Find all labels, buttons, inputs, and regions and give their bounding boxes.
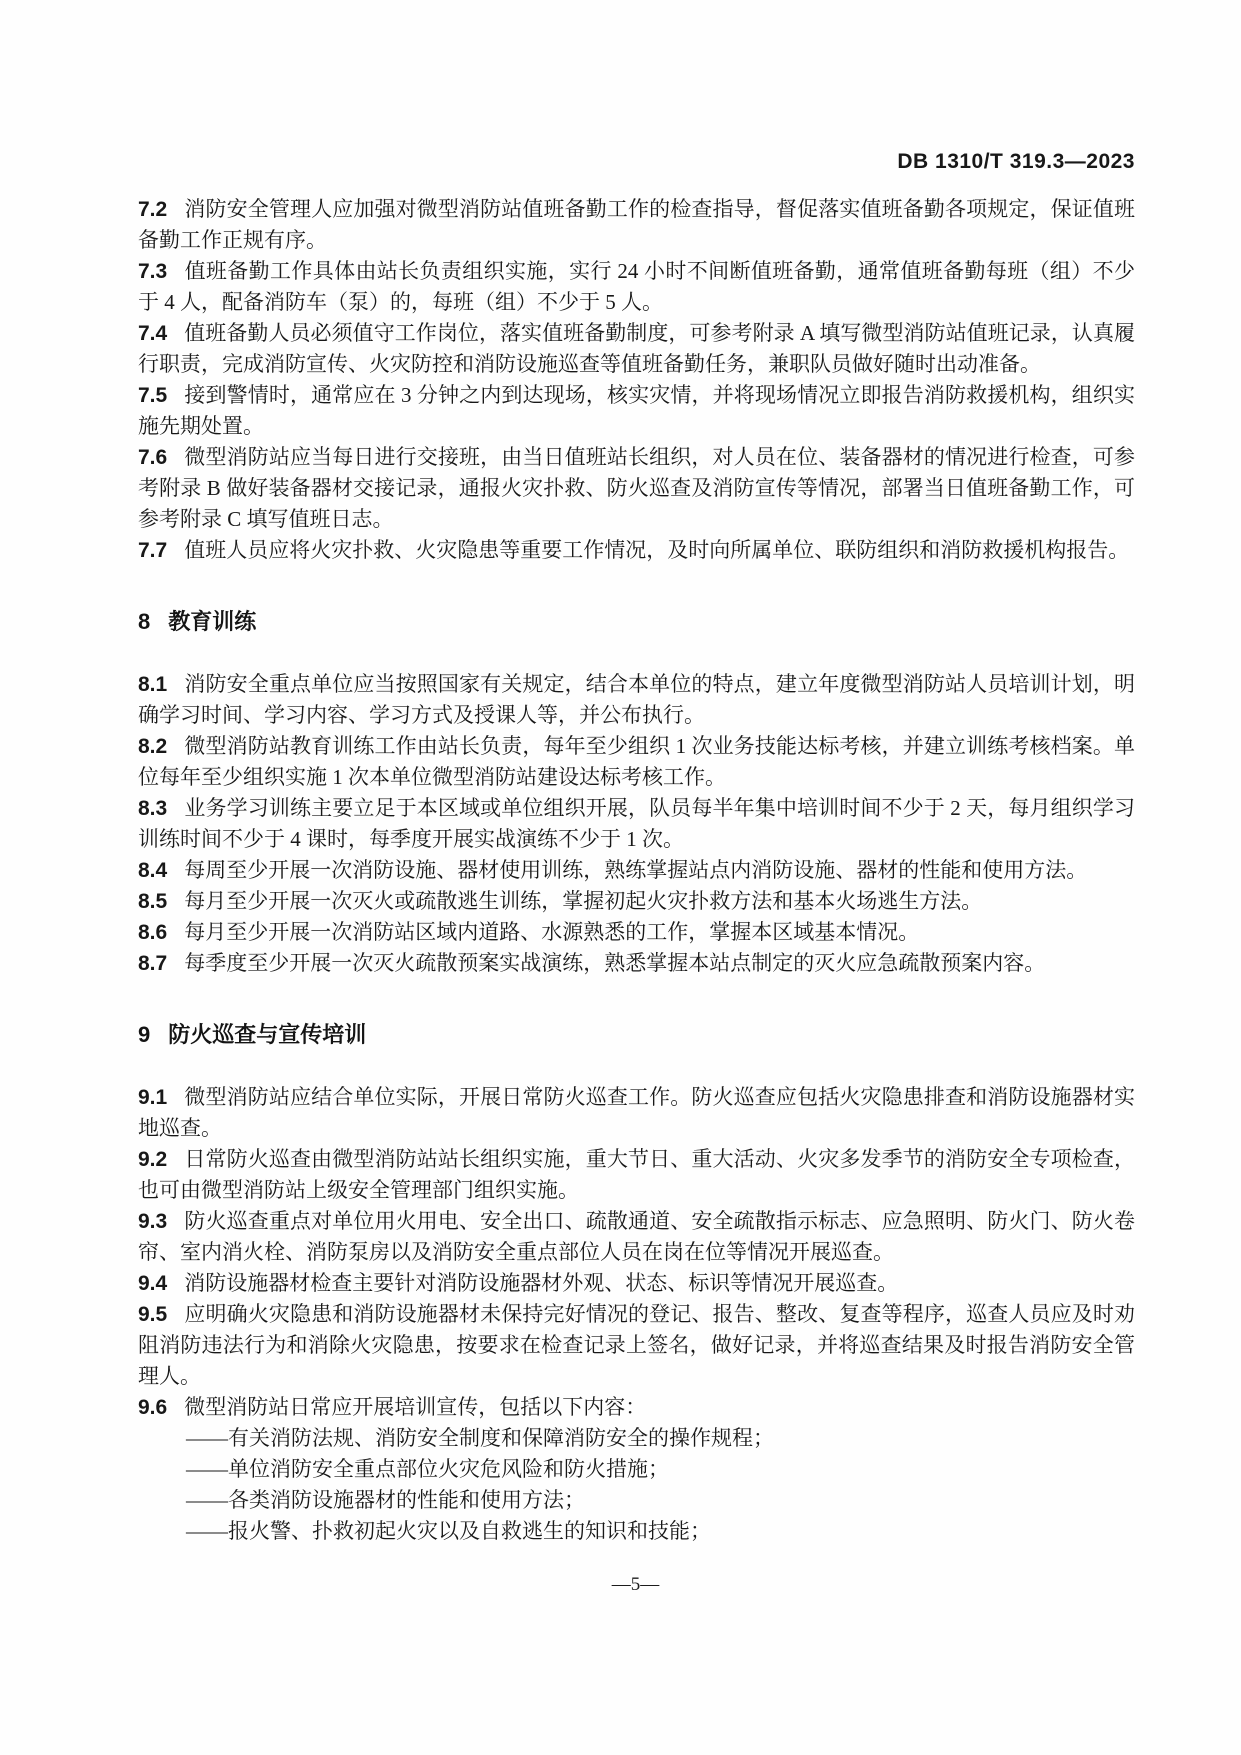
clause-number: 8.2 xyxy=(138,735,184,758)
document-page: DB 1310/T 319.3—2023 7.2消防安全管理人应加强对微型消防站… xyxy=(0,0,1241,1755)
clause-text: 消防设施器材检查主要针对消防设施器材外观、状态、标识等情况开展巡查。 xyxy=(184,1271,898,1295)
section-number: 8 xyxy=(138,609,168,634)
clause-7-2: 7.2消防安全管理人应加强对微型消防站值班备勤工作的检查指导，督促落实值班备勤各… xyxy=(138,194,1135,256)
clause-number: 9.2 xyxy=(138,1148,184,1171)
page-number: —5— xyxy=(15,1574,1241,1596)
list-item-equipment-usage: ——各类消防设施器材的性能和使用方法； xyxy=(138,1485,1135,1516)
clause-number: 7.5 xyxy=(138,384,184,407)
list-item-alarm-escape: ——报火警、扑救初起火灾以及自救逃生的知识和技能； xyxy=(138,1516,1135,1547)
clause-7-7: 7.7值班人员应将火灾扑救、火灾隐患等重要工作情况，及时向所属单位、联防组织和消… xyxy=(138,535,1135,566)
clause-number: 8.5 xyxy=(138,890,184,913)
clause-number: 8.6 xyxy=(138,921,184,944)
clause-number: 7.3 xyxy=(138,260,184,283)
section-heading-8: 8教育训练 xyxy=(138,606,1135,637)
clause-number: 8.7 xyxy=(138,952,184,975)
standard-code-header: DB 1310/T 319.3—2023 xyxy=(138,150,1135,174)
clause-9-3: 9.3防火巡查重点对单位用火用电、安全出口、疏散通道、安全疏散指示标志、应急照明… xyxy=(138,1206,1135,1268)
clause-number: 9.4 xyxy=(138,1272,184,1295)
clause-number: 9.5 xyxy=(138,1303,184,1326)
section-title: 防火巡查与宣传培训 xyxy=(168,1022,366,1047)
clause-text: 微型消防站教育训练工作由站长负责，每年至少组织 1 次业务技能达标考核，并建立训… xyxy=(138,734,1135,789)
section-heading-9: 9防火巡查与宣传培训 xyxy=(138,1019,1135,1050)
clause-7-4: 7.4值班备勤人员必须值守工作岗位，落实值班备勤制度，可参考附录 A 填写微型消… xyxy=(138,318,1135,380)
clause-text: 日常防火巡查由微型消防站站长组织实施，重大节日、重大活动、火灾多发季节的消防安全… xyxy=(138,1147,1135,1202)
clause-7-5: 7.5接到警情时，通常应在 3 分钟之内到达现场，核实灾情，并将现场情况立即报告… xyxy=(138,380,1135,442)
clause-number: 7.4 xyxy=(138,322,184,345)
clause-text: 值班备勤工作具体由站长负责组织实施，实行 24 小时不间断值班备勤，通常值班备勤… xyxy=(138,259,1135,314)
clause-7-3: 7.3值班备勤工作具体由站长负责组织实施，实行 24 小时不间断值班备勤，通常值… xyxy=(138,256,1135,318)
section-title: 教育训练 xyxy=(168,609,256,634)
clause-text: 微型消防站应当每日进行交接班，由当日值班站长组织，对人员在位、装备器材的情况进行… xyxy=(138,445,1135,531)
clause-8-6: 8.6每月至少开展一次消防站区域内道路、水源熟悉的工作，掌握本区域基本情况。 xyxy=(138,917,1135,948)
clause-text: 每季度至少开展一次灭火疏散预案实战演练，熟悉掌握本站点制定的灭火应急疏散预案内容… xyxy=(184,951,1045,975)
clause-text: 值班人员应将火灾扑救、火灾隐患等重要工作情况，及时向所属单位、联防组织和消防救援… xyxy=(184,538,1129,562)
clause-text: 消防安全管理人应加强对微型消防站值班备勤工作的检查指导，督促落实值班备勤各项规定… xyxy=(138,197,1135,252)
clause-7-6: 7.6微型消防站应当每日进行交接班，由当日值班站长组织，对人员在位、装备器材的情… xyxy=(138,442,1135,535)
clause-8-2: 8.2微型消防站教育训练工作由站长负责，每年至少组织 1 次业务技能达标考核，并… xyxy=(138,731,1135,793)
clause-8-5: 8.5每月至少开展一次灭火或疏散逃生训练，掌握初起火灾扑救方法和基本火场逃生方法… xyxy=(138,886,1135,917)
clause-number: 9.1 xyxy=(138,1086,184,1109)
clause-text: 每月至少开展一次灭火或疏散逃生训练，掌握初起火灾扑救方法和基本火场逃生方法。 xyxy=(184,889,982,913)
clause-9-1: 9.1微型消防站应结合单位实际，开展日常防火巡查工作。防火巡查应包括火灾隐患排查… xyxy=(138,1082,1135,1144)
clause-8-3: 8.3业务学习训练主要立足于本区域或单位组织开展，队员每半年集中培训时间不少于 … xyxy=(138,793,1135,855)
clause-text: 接到警情时，通常应在 3 分钟之内到达现场，核实灾情，并将现场情况立即报告消防救… xyxy=(138,383,1135,438)
list-item-key-areas: ——单位消防安全重点部位火灾危风险和防火措施； xyxy=(138,1454,1135,1485)
clause-8-1: 8.1消防安全重点单位应当按照国家有关规定，结合本单位的特点，建立年度微型消防站… xyxy=(138,669,1135,731)
section-number: 9 xyxy=(138,1022,168,1047)
clause-9-4: 9.4消防设施器材检查主要针对消防设施器材外观、状态、标识等情况开展巡查。 xyxy=(138,1268,1135,1299)
clause-text: 微型消防站日常应开展培训宣传，包括以下内容： xyxy=(184,1395,646,1419)
list-item-regulations: ——有关消防法规、消防安全制度和保障消防安全的操作规程； xyxy=(138,1423,1135,1454)
clause-9-5: 9.5应明确火灾隐患和消防设施器材未保持完好情况的登记、报告、整改、复查等程序，… xyxy=(138,1299,1135,1392)
clause-9-2: 9.2日常防火巡查由微型消防站站长组织实施，重大节日、重大活动、火灾多发季节的消… xyxy=(138,1144,1135,1206)
clause-text: 业务学习训练主要立足于本区域或单位组织开展，队员每半年集中培训时间不少于 2 天… xyxy=(138,796,1135,851)
clause-text: 每周至少开展一次消防设施、器材使用训练，熟练掌握站点内消防设施、器材的性能和使用… xyxy=(184,858,1087,882)
clause-number: 8.1 xyxy=(138,673,184,696)
clause-text: 应明确火灾隐患和消防设施器材未保持完好情况的登记、报告、整改、复查等程序，巡查人… xyxy=(138,1302,1135,1388)
clause-text: 每月至少开展一次消防站区域内道路、水源熟悉的工作，掌握本区域基本情况。 xyxy=(184,920,919,944)
clause-8-7: 8.7每季度至少开展一次灭火疏散预案实战演练，熟悉掌握本站点制定的灭火应急疏散预… xyxy=(138,948,1135,979)
document-body: 7.2消防安全管理人应加强对微型消防站值班备勤工作的检查指导，督促落实值班备勤各… xyxy=(138,194,1135,1547)
clause-number: 8.4 xyxy=(138,859,184,882)
clause-number: 8.3 xyxy=(138,797,184,820)
clause-9-6: 9.6微型消防站日常应开展培训宣传，包括以下内容： xyxy=(138,1392,1135,1423)
clause-text: 消防安全重点单位应当按照国家有关规定，结合本单位的特点，建立年度微型消防站人员培… xyxy=(138,672,1135,727)
clause-number: 9.3 xyxy=(138,1210,184,1233)
clause-8-4: 8.4每周至少开展一次消防设施、器材使用训练，熟练掌握站点内消防设施、器材的性能… xyxy=(138,855,1135,886)
clause-number: 7.6 xyxy=(138,446,184,469)
clause-number: 7.2 xyxy=(138,198,184,221)
clause-text: 防火巡查重点对单位用火用电、安全出口、疏散通道、安全疏散指示标志、应急照明、防火… xyxy=(138,1209,1135,1264)
clause-number: 9.6 xyxy=(138,1396,184,1419)
clause-text: 值班备勤人员必须值守工作岗位，落实值班备勤制度，可参考附录 A 填写微型消防站值… xyxy=(138,321,1135,376)
clause-text: 微型消防站应结合单位实际，开展日常防火巡查工作。防火巡查应包括火灾隐患排查和消防… xyxy=(138,1085,1135,1140)
clause-number: 7.7 xyxy=(138,539,184,562)
